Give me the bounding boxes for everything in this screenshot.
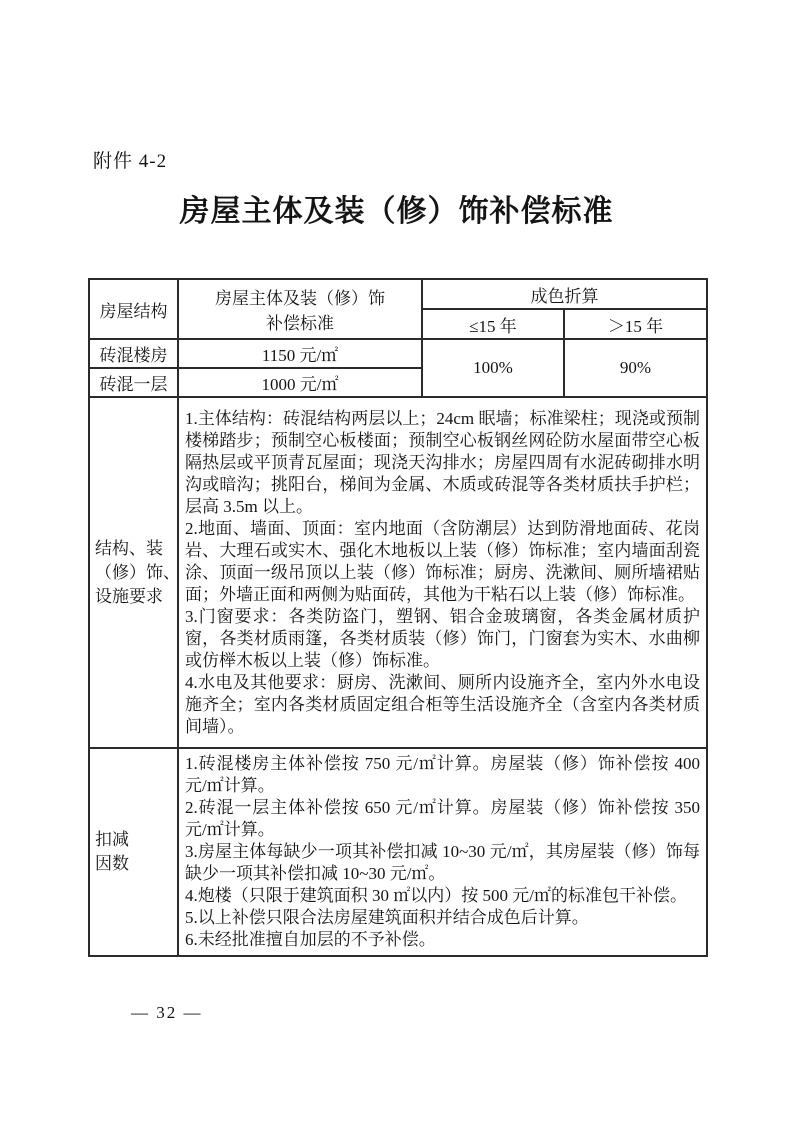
deduction-item-3: 3.房屋主体每缺少一项其补偿扣减 10~30 元/㎡，其房屋装（修）饰每缺少一项… — [185, 841, 700, 885]
deduction-label-line2: 因数 — [95, 852, 177, 876]
deduction-item-1: 1.砖混楼房主体补偿按 750 元/㎡计算。房屋装（修）饰补偿按 400 元/㎡… — [185, 753, 700, 797]
header-compensation-standard-line2: 补偿标准 — [179, 309, 421, 334]
deduction-item-6: 6.未经批准擅自加层的不予补偿。 — [185, 929, 700, 951]
requirement-item-1: 1.主体结构：砖混结构两层以上；24cm 眠墙；标准梁柱；现浇或预制楼梯踏步；预… — [185, 408, 700, 518]
requirements-label-line2: （修）饰、 — [95, 561, 177, 585]
table-row-deduction-factors: 扣减 因数 1.砖混楼房主体补偿按 750 元/㎡计算。房屋装（修）饰补偿按 4… — [89, 748, 707, 956]
table-header-row-1: 房屋结构 房屋主体及装（修）饰 补偿标准 成色折算 — [89, 279, 707, 309]
header-compensation-standard: 房屋主体及装（修）饰 补偿标准 — [178, 279, 422, 339]
cell-structure-brick-multi-storey: 砖混楼房 — [89, 339, 178, 368]
deduction-item-4: 4.炮楼（只限于建筑面积 30 ㎡以内）按 500 元/㎡的标准包干补偿。 — [185, 885, 700, 907]
requirement-item-3: 3.门窗要求：各类防盗门，塑钢、铝合金玻璃窗，各类金属材质护窗，各类材质雨篷，各… — [185, 606, 700, 672]
label-structure-decoration-facility-requirements: 结构、装 （修）饰、 设施要求 — [89, 397, 178, 748]
compensation-table: 房屋结构 房屋主体及装（修）饰 补偿标准 成色折算 ≤15 年 ＞15 年 砖混… — [88, 278, 708, 957]
document-page: 附件 4-2 房屋主体及装（修）饰补偿标准 房屋结构 房屋主体及装（修）饰 补偿… — [0, 0, 793, 1122]
header-house-structure: 房屋结构 — [89, 279, 178, 339]
requirement-item-2: 2.地面、墙面、顶面：室内地面（含防潮层）达到防滑地面砖、花岗岩、大理石或实木、… — [185, 518, 700, 606]
requirements-content-cell: 1.主体结构：砖混结构两层以上；24cm 眠墙；标准梁柱；现浇或预制楼梯踏步；预… — [178, 397, 707, 748]
label-deduction-factors: 扣减 因数 — [89, 748, 178, 956]
cell-standard-brick-multi-storey: 1150 元/㎡ — [178, 339, 422, 368]
header-compensation-standard-line1: 房屋主体及装（修）饰 — [179, 284, 421, 309]
requirements-label-line1: 结构、装 — [95, 537, 177, 561]
deduction-content-cell: 1.砖混楼房主体补偿按 750 元/㎡计算。房屋装（修）饰补偿按 400 元/㎡… — [178, 748, 707, 956]
cell-condition-le15-value: 100% — [422, 339, 564, 397]
header-condition-conversion: 成色折算 — [422, 279, 707, 309]
cell-structure-brick-single-storey: 砖混一层 — [89, 368, 178, 397]
header-le-15-years: ≤15 年 — [422, 309, 564, 339]
attachment-label: 附件 4-2 — [93, 146, 167, 173]
deduction-item-2: 2.砖混一层主体补偿按 650 元/㎡计算。房屋装（修）饰补偿按 350 元/㎡… — [185, 797, 700, 841]
cell-condition-gt15-value: 90% — [564, 339, 707, 397]
requirement-item-4: 4.水电及其他要求：厨房、洗漱间、厕所内设施齐全，室内外水电设施齐全；室内各类材… — [185, 672, 700, 738]
deduction-item-5: 5.以上补偿只限合法房屋建筑面积并结合成色后计算。 — [185, 907, 700, 929]
page-number: — 32 — — [131, 1003, 203, 1023]
requirements-label-line3: 设施要求 — [95, 585, 177, 609]
deduction-label-line1: 扣减 — [95, 828, 177, 852]
table-row-requirements: 结构、装 （修）饰、 设施要求 1.主体结构：砖混结构两层以上；24cm 眠墙；… — [89, 397, 707, 748]
table-row-brick-multi-storey: 砖混楼房 1150 元/㎡ 100% 90% — [89, 339, 707, 368]
page-title: 房屋主体及装（修）饰补偿标准 — [0, 186, 793, 230]
header-gt-15-years: ＞15 年 — [564, 309, 707, 339]
cell-standard-brick-single-storey: 1000 元/㎡ — [178, 368, 422, 397]
